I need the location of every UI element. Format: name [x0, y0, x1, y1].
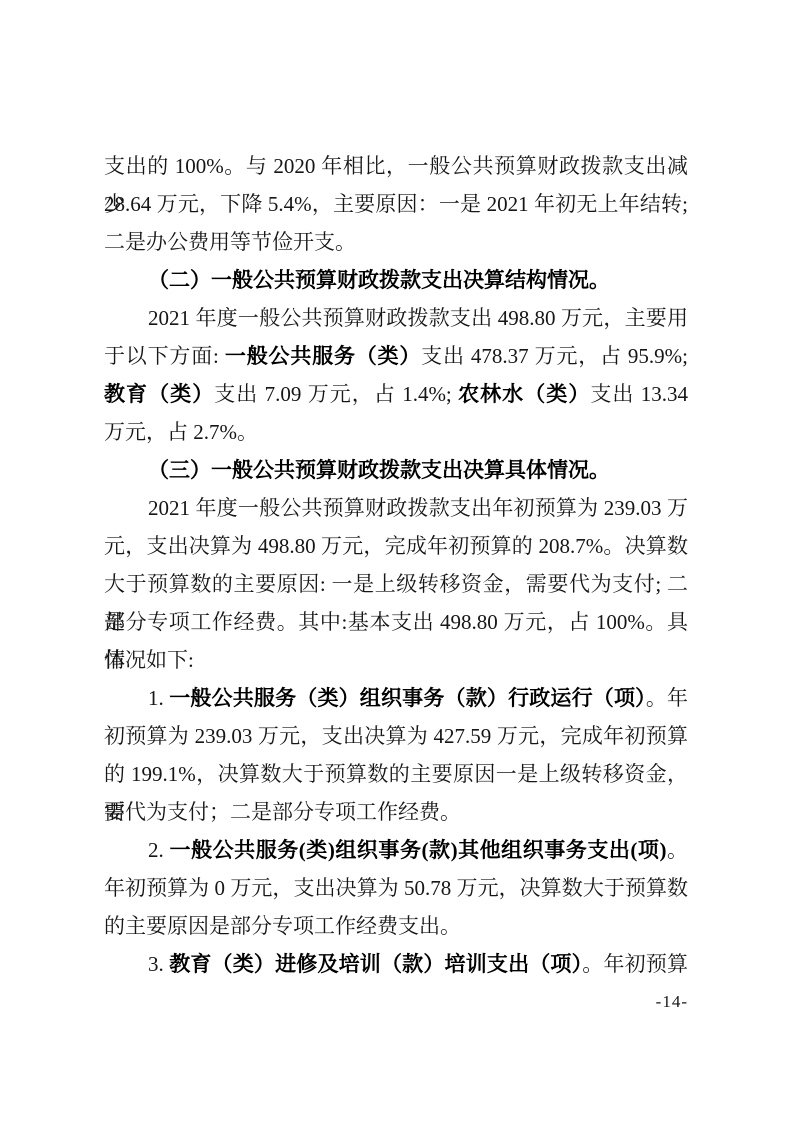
text-line: 2. 一般公共服务(类)组织事务(款)其他组织事务支出(项)。 [104, 831, 688, 869]
page-number: -14- [104, 992, 688, 1012]
para-item-1-administrative-operation: 1. 一般公共服务（类）组织事务（款）行政运行（项）。年初预算为 239.03 … [104, 679, 688, 831]
text-segment: 于以下方面: [104, 344, 225, 368]
text-segment: 支出 7.09 万元，占 1.4%; [214, 382, 458, 406]
bold-text-segment: 一般公共服务(类)组织事务(款)其他组织事务支出(项) [170, 838, 667, 862]
bold-text-segment: 教育（类）进修及培训（款）培训支出（项） [169, 952, 582, 976]
text-segment: 2021 年度一般公共预算财政拨款支出 498.80 万元，主要用 [148, 306, 688, 330]
text-line: 的主要原因是部分专项工作经费支出。 [104, 907, 688, 945]
text-segment: 1. [148, 686, 169, 710]
bold-text-segment: 教育（类） [104, 382, 214, 406]
text-line: 3. 教育（类）进修及培训（款）培训支出（项）。年初预算 [104, 945, 688, 983]
bold-text-segment: 一般公共服务（类）组织事务（款）行政运行（项） [169, 686, 646, 710]
text-line: 2021 年度一般公共预算财政拨款支出 498.80 万元，主要用 [104, 299, 688, 337]
text-segment: 万元，占 2.7%。 [104, 420, 258, 444]
text-segment: 初预算为 239.03 万元，支出决算为 427.59 万元，完成年初预算 [104, 724, 688, 748]
bold-text-segment: （三）一般公共预算财政拨款支出决算具体情况。 [148, 458, 610, 482]
text-line: （三）一般公共预算财政拨款支出决算具体情况。 [104, 451, 688, 489]
text-segment: 年初预算为 0 万元，支出决算为 50.78 万元，决算数大于预算数 [104, 876, 688, 900]
text-line: 元，支出决算为 498.80 万元，完成年初预算的 208.7%。决算数 [104, 527, 688, 565]
text-line: 情况如下: [104, 641, 688, 679]
text-segment: 元，支出决算为 498.80 万元，完成年初预算的 208.7%。决算数 [104, 534, 688, 558]
text-line: （二）一般公共预算财政拨款支出决算结构情况。 [104, 261, 688, 299]
text-line: 教育（类）支出 7.09 万元，占 1.4%; 农林水（类）支出 13.34 [104, 375, 688, 413]
text-line: 部分专项工作经费。其中:基本支出 498.80 万元，占 100%。具体 [104, 603, 688, 641]
text-line: 的 199.1%，决算数大于预算数的主要原因一是上级转移资金，需 [104, 755, 688, 793]
text-segment: 的主要原因是部分专项工作经费支出。 [104, 914, 461, 938]
heading-section-2: （二）一般公共预算财政拨款支出决算结构情况。 [104, 261, 688, 299]
text-segment: 。年初预算 [582, 952, 688, 976]
text-line: 年初预算为 0 万元，支出决算为 50.78 万元，决算数大于预算数 [104, 869, 688, 907]
text-segment: 二是办公费用等节俭开支。 [104, 230, 356, 254]
text-line: 要代为支付；二是部分专项工作经费。 [104, 793, 688, 831]
para-item-3-training-expenditure: 3. 教育（类）进修及培训（款）培训支出（项）。年初预算 [104, 945, 688, 983]
bold-text-segment: （二）一般公共预算财政拨款支出决算结构情况。 [148, 268, 610, 292]
para-expenditure-details: 2021 年度一般公共预算财政拨款支出年初预算为 239.03 万元，支出决算为… [104, 489, 688, 679]
text-line: 初预算为 239.03 万元，支出决算为 427.59 万元，完成年初预算 [104, 717, 688, 755]
para-overview-continuation: 支出的 100%。与 2020 年相比，一般公共预算财政拨款支出减少28.64 … [104, 147, 688, 261]
text-line: 28.64 万元，下降 5.4%，主要原因：一是 2021 年初无上年结转; [104, 185, 688, 223]
text-segment: 要代为支付；二是部分专项工作经费。 [104, 800, 461, 824]
text-line: 于以下方面: 一般公共服务（类）支出 478.37 万元，占 95.9%; [104, 337, 688, 375]
text-segment: 。 [666, 838, 688, 862]
text-segment: 3. [148, 952, 169, 976]
text-segment: 2. [148, 838, 170, 862]
text-segment: 。年 [646, 686, 688, 710]
text-line: 二是办公费用等节俭开支。 [104, 223, 688, 261]
text-segment: 28.64 万元，下降 5.4%，主要原因：一是 2021 年初无上年结转; [104, 192, 688, 216]
text-segment: 支出 13.34 [590, 382, 688, 406]
document-body: 支出的 100%。与 2020 年相比，一般公共预算财政拨款支出减少28.64 … [104, 147, 688, 983]
text-line: 支出的 100%。与 2020 年相比，一般公共预算财政拨款支出减少 [104, 147, 688, 185]
text-line: 2021 年度一般公共预算财政拨款支出年初预算为 239.03 万 [104, 489, 688, 527]
bold-text-segment: 农林水（类） [458, 382, 590, 406]
heading-section-3: （三）一般公共预算财政拨款支出决算具体情况。 [104, 451, 688, 489]
text-segment: 情况如下: [104, 648, 194, 672]
para-item-2-other-org-affairs: 2. 一般公共服务(类)组织事务(款)其他组织事务支出(项)。年初预算为 0 万… [104, 831, 688, 945]
text-line: 大于预算数的主要原因: 一是上级转移资金，需要代为支付; 二是 [104, 565, 688, 603]
text-segment: 支出 478.37 万元，占 95.9%; [421, 344, 688, 368]
document-page: 支出的 100%。与 2020 年相比，一般公共预算财政拨款支出减少28.64 … [0, 0, 793, 1122]
bold-text-segment: 一般公共服务（类） [225, 344, 421, 368]
para-expenditure-structure: 2021 年度一般公共预算财政拨款支出 498.80 万元，主要用于以下方面: … [104, 299, 688, 451]
text-line: 1. 一般公共服务（类）组织事务（款）行政运行（项）。年 [104, 679, 688, 717]
text-line: 万元，占 2.7%。 [104, 413, 688, 451]
text-segment: 2021 年度一般公共预算财政拨款支出年初预算为 239.03 万 [148, 496, 688, 520]
